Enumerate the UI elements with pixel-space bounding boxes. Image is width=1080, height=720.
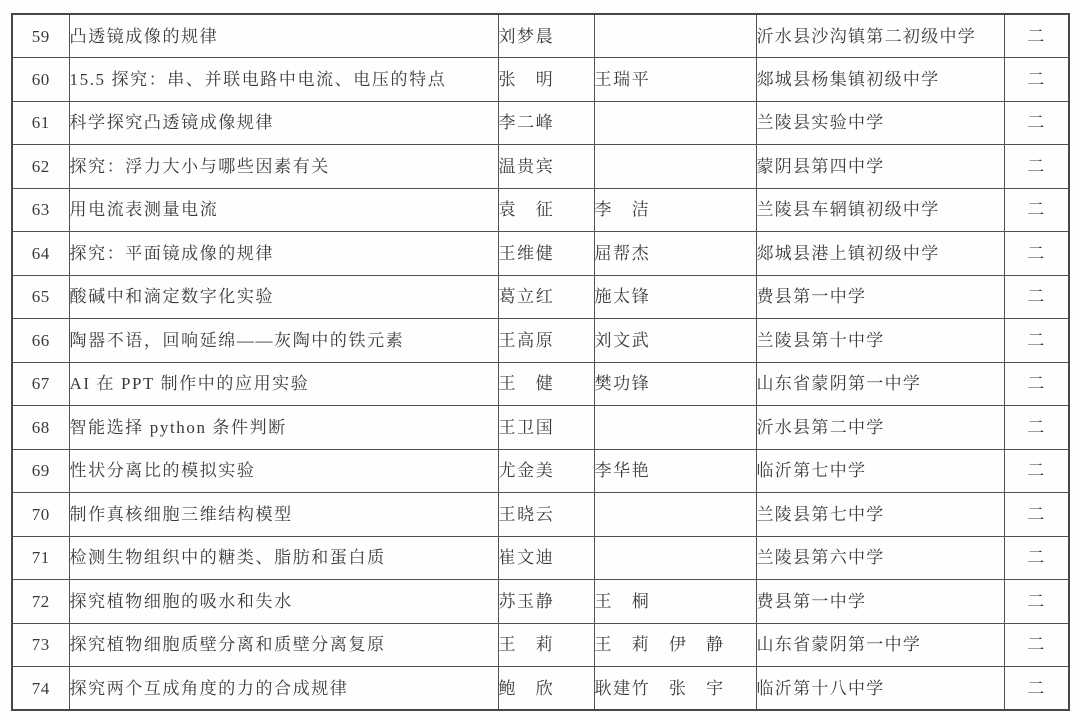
cell-number: 69 xyxy=(12,449,69,493)
cell-number: 60 xyxy=(12,58,69,102)
table-row: 61 科学探究凸透镜成像规律 李二峰 兰陵县实验中学 二 xyxy=(12,101,1069,145)
cell-coauthor: 耿建竹 张 宇 xyxy=(594,667,756,711)
cell-project-title: 探究两个互成角度的力的合成规律 xyxy=(69,667,498,711)
cell-author: 王维健 xyxy=(498,232,594,276)
cell-coauthor xyxy=(594,493,756,537)
cell-number: 71 xyxy=(12,536,69,580)
cell-author: 李二峰 xyxy=(498,101,594,145)
cell-project-title: 用电流表测量电流 xyxy=(69,188,498,232)
cell-school: 蒙阴县第四中学 xyxy=(756,145,1004,189)
table-row: 60 15.5 探究：串、并联电路中电流、电压的特点 张 明 王瑞平 郯城县杨集… xyxy=(12,58,1069,102)
cell-project-title: 15.5 探究：串、并联电路中电流、电压的特点 xyxy=(69,58,498,102)
table-row: 72 探究植物细胞的吸水和失水 苏玉静 王 桐 费县第一中学 二 xyxy=(12,580,1069,624)
cell-number: 74 xyxy=(12,667,69,711)
cell-award-level: 二 xyxy=(1004,275,1069,319)
cell-author: 尤金美 xyxy=(498,449,594,493)
cell-award-level: 二 xyxy=(1004,362,1069,406)
cell-project-title: 陶器不语，回响延绵——灰陶中的铁元素 xyxy=(69,319,498,363)
cell-project-title: 探究：浮力大小与哪些因素有关 xyxy=(69,145,498,189)
cell-author: 苏玉静 xyxy=(498,580,594,624)
cell-number: 72 xyxy=(12,580,69,624)
cell-author: 王 健 xyxy=(498,362,594,406)
cell-project-title: 探究植物细胞的吸水和失水 xyxy=(69,580,498,624)
cell-project-title: 探究：平面镜成像的规律 xyxy=(69,232,498,276)
cell-project-title: 探究植物细胞质壁分离和质壁分离复原 xyxy=(69,623,498,667)
cell-project-title: 凸透镜成像的规律 xyxy=(69,14,498,58)
cell-award-level: 二 xyxy=(1004,493,1069,537)
cell-award-level: 二 xyxy=(1004,319,1069,363)
cell-school: 兰陵县实验中学 xyxy=(756,101,1004,145)
table-row: 66 陶器不语，回响延绵——灰陶中的铁元素 王高原 刘文武 兰陵县第十中学 二 xyxy=(12,319,1069,363)
cell-author: 袁 征 xyxy=(498,188,594,232)
cell-award-level: 二 xyxy=(1004,145,1069,189)
cell-award-level: 二 xyxy=(1004,623,1069,667)
cell-coauthor xyxy=(594,536,756,580)
table-row: 73 探究植物细胞质壁分离和质壁分离复原 王 莉 王 莉 伊 静 山东省蒙阴第一… xyxy=(12,623,1069,667)
table-row: 67 AI 在 PPT 制作中的应用实验 王 健 樊功锋 山东省蒙阴第一中学 二 xyxy=(12,362,1069,406)
cell-project-title: 科学探究凸透镜成像规律 xyxy=(69,101,498,145)
table-row: 74 探究两个互成角度的力的合成规律 鲍 欣 耿建竹 张 宇 临沂第十八中学 二 xyxy=(12,667,1069,711)
cell-award-level: 二 xyxy=(1004,406,1069,450)
cell-school: 山东省蒙阴第一中学 xyxy=(756,623,1004,667)
cell-coauthor: 樊功锋 xyxy=(594,362,756,406)
cell-coauthor: 屈帮杰 xyxy=(594,232,756,276)
cell-school: 郯城县港上镇初级中学 xyxy=(756,232,1004,276)
cell-coauthor: 施太锋 xyxy=(594,275,756,319)
cell-award-level: 二 xyxy=(1004,580,1069,624)
cell-award-level: 二 xyxy=(1004,449,1069,493)
table-row: 68 智能选择 python 条件判断 王卫国 沂水县第二中学 二 xyxy=(12,406,1069,450)
cell-author: 温贵宾 xyxy=(498,145,594,189)
cell-award-level: 二 xyxy=(1004,667,1069,711)
cell-school: 兰陵县车辋镇初级中学 xyxy=(756,188,1004,232)
table-row: 64 探究：平面镜成像的规律 王维健 屈帮杰 郯城县港上镇初级中学 二 xyxy=(12,232,1069,276)
cell-school: 费县第一中学 xyxy=(756,580,1004,624)
cell-project-title: 智能选择 python 条件判断 xyxy=(69,406,498,450)
cell-number: 62 xyxy=(12,145,69,189)
table-row: 59 凸透镜成像的规律 刘梦晨 沂水县沙沟镇第二初级中学 二 xyxy=(12,14,1069,58)
cell-school: 临沂第七中学 xyxy=(756,449,1004,493)
cell-school: 郯城县杨集镇初级中学 xyxy=(756,58,1004,102)
cell-school: 沂水县沙沟镇第二初级中学 xyxy=(756,14,1004,58)
cell-coauthor: 刘文武 xyxy=(594,319,756,363)
cell-author: 王 莉 xyxy=(498,623,594,667)
cell-award-level: 二 xyxy=(1004,101,1069,145)
cell-school: 费县第一中学 xyxy=(756,275,1004,319)
cell-school: 山东省蒙阴第一中学 xyxy=(756,362,1004,406)
cell-coauthor: 王瑞平 xyxy=(594,58,756,102)
cell-project-title: 检测生物组织中的糖类、脂肪和蛋白质 xyxy=(69,536,498,580)
cell-number: 67 xyxy=(12,362,69,406)
cell-project-title: 酸碱中和滴定数字化实验 xyxy=(69,275,498,319)
cell-author: 崔文迪 xyxy=(498,536,594,580)
cell-number: 64 xyxy=(12,232,69,276)
cell-author: 王高原 xyxy=(498,319,594,363)
cell-number: 66 xyxy=(12,319,69,363)
cell-author: 王晓云 xyxy=(498,493,594,537)
table-row: 63 用电流表测量电流 袁 征 李 洁 兰陵县车辋镇初级中学 二 xyxy=(12,188,1069,232)
cell-coauthor xyxy=(594,145,756,189)
cell-number: 70 xyxy=(12,493,69,537)
cell-project-title: 制作真核细胞三维结构模型 xyxy=(69,493,498,537)
table-row: 65 酸碱中和滴定数字化实验 葛立红 施太锋 费县第一中学 二 xyxy=(12,275,1069,319)
cell-coauthor: 王 莉 伊 静 xyxy=(594,623,756,667)
cell-school: 临沂第十八中学 xyxy=(756,667,1004,711)
cell-project-title: AI 在 PPT 制作中的应用实验 xyxy=(69,362,498,406)
cell-coauthor: 李 洁 xyxy=(594,188,756,232)
cell-award-level: 二 xyxy=(1004,536,1069,580)
cell-number: 61 xyxy=(12,101,69,145)
cell-number: 68 xyxy=(12,406,69,450)
cell-author: 张 明 xyxy=(498,58,594,102)
cell-author: 刘梦晨 xyxy=(498,14,594,58)
table-row: 71 检测生物组织中的糖类、脂肪和蛋白质 崔文迪 兰陵县第六中学 二 xyxy=(12,536,1069,580)
cell-school: 兰陵县第六中学 xyxy=(756,536,1004,580)
cell-coauthor xyxy=(594,14,756,58)
cell-school: 沂水县第二中学 xyxy=(756,406,1004,450)
cell-coauthor: 李华艳 xyxy=(594,449,756,493)
cell-award-level: 二 xyxy=(1004,188,1069,232)
cell-author: 葛立红 xyxy=(498,275,594,319)
cell-number: 59 xyxy=(12,14,69,58)
cell-award-level: 二 xyxy=(1004,14,1069,58)
cell-coauthor: 王 桐 xyxy=(594,580,756,624)
document-page: 59 凸透镜成像的规律 刘梦晨 沂水县沙沟镇第二初级中学 二 60 15.5 探… xyxy=(0,0,1080,720)
cell-author: 王卫国 xyxy=(498,406,594,450)
cell-number: 63 xyxy=(12,188,69,232)
table-row: 62 探究：浮力大小与哪些因素有关 温贵宾 蒙阴县第四中学 二 xyxy=(12,145,1069,189)
cell-number: 73 xyxy=(12,623,69,667)
cell-coauthor xyxy=(594,406,756,450)
cell-school: 兰陵县第十中学 xyxy=(756,319,1004,363)
table-body: 59 凸透镜成像的规律 刘梦晨 沂水县沙沟镇第二初级中学 二 60 15.5 探… xyxy=(12,14,1069,710)
award-list-table: 59 凸透镜成像的规律 刘梦晨 沂水县沙沟镇第二初级中学 二 60 15.5 探… xyxy=(11,13,1070,711)
cell-author: 鲍 欣 xyxy=(498,667,594,711)
cell-number: 65 xyxy=(12,275,69,319)
cell-school: 兰陵县第七中学 xyxy=(756,493,1004,537)
cell-award-level: 二 xyxy=(1004,58,1069,102)
cell-award-level: 二 xyxy=(1004,232,1069,276)
cell-coauthor xyxy=(594,101,756,145)
table-row: 69 性状分离比的模拟实验 尤金美 李华艳 临沂第七中学 二 xyxy=(12,449,1069,493)
table-row: 70 制作真核细胞三维结构模型 王晓云 兰陵县第七中学 二 xyxy=(12,493,1069,537)
cell-project-title: 性状分离比的模拟实验 xyxy=(69,449,498,493)
